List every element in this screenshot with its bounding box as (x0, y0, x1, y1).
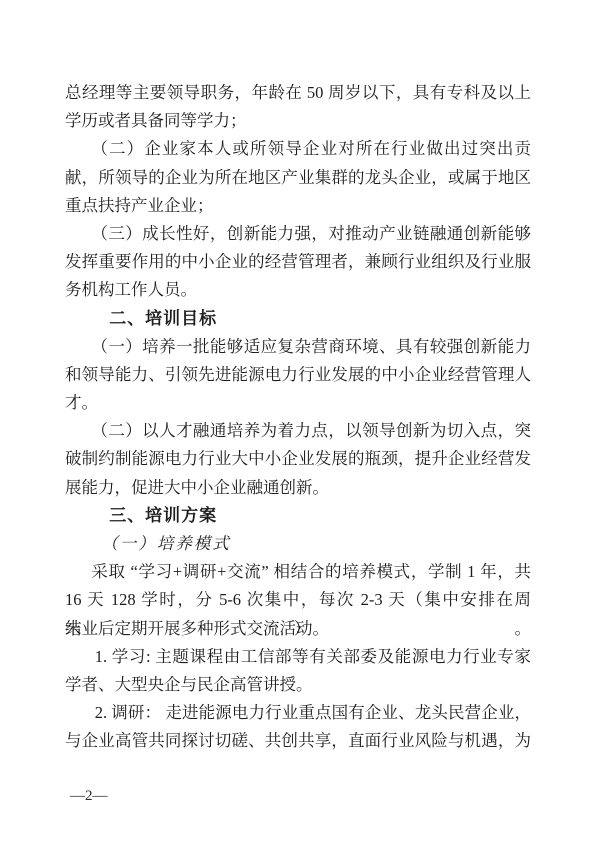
sub-heading: （一）培养模式 (65, 530, 531, 558)
numbered-line: 1. 学习: 主题课程由工信部等有关部委及能源电力行业专家 (65, 643, 531, 671)
text-line: 采取 “学习+调研+交流” 相结合的培养模式，学制 1 年，共 (65, 558, 531, 586)
page-number: —2— (70, 787, 108, 805)
text-line: 学历或者具备同等学力； (65, 107, 531, 135)
section-heading: 三、培训方案 (65, 502, 531, 530)
text-line: 重点扶持产业企业； (65, 192, 531, 220)
text-line: 展能力，促进大中小企业融通创新。 (65, 474, 531, 502)
text-line: （一）培养一批能够适应复杂营商环境、具有较强创新能力 (65, 333, 531, 361)
text-line: 16 天 128 学时，分 5-6 次集中，每次 2-3 天（集中安排在周末）。 (65, 586, 531, 614)
text-line: 和领导能力、引领先进能源电力行业发展的中小企业经营管理人 (65, 361, 531, 389)
text-line: 与企业高管共同探讨切磋、共创共享，直面行业风险与机遇，为 (65, 727, 531, 755)
text-line: 发挥重要作用的中小企业的经营管理者，兼顾行业组织及行业服 (65, 248, 531, 276)
text-line: 献，所领导的企业为所在地区产业集群的龙头企业，或属于地区 (65, 164, 531, 192)
text-line: 才。 (65, 389, 531, 417)
text-line: （三）成长性好，创新能力强，对推动产业链融通创新能够 (65, 220, 531, 248)
text-line: 学者、大型央企与民企高管讲授。 (65, 671, 531, 699)
text-line: 破制约制能源电力行业大中小企业发展的瓶颈，提升企业经营发 (65, 445, 531, 473)
text-line: （二）以人才融通培养为着力点，以领导创新为切入点，突 (65, 417, 531, 445)
document-body: 总经理等主要领导职务，年龄在 50 周岁以下，具有专科及以上学历或者具备同等学力… (65, 79, 531, 756)
text-line: 总经理等主要领导职务，年龄在 50 周岁以下，具有专科及以上 (65, 79, 531, 107)
text-line: 务机构工作人员。 (65, 276, 531, 304)
numbered-line: 2. 调研： 走进能源电力行业重点国有企业、龙头民营企业， (65, 699, 531, 727)
section-heading: 二、培训目标 (65, 305, 531, 333)
document-page: 总经理等主要领导职务，年龄在 50 周岁以下，具有专科及以上学历或者具备同等学力… (0, 0, 604, 853)
text-line: （二）企业家本人或所领导企业对所在行业做出过突出贡 (65, 135, 531, 163)
